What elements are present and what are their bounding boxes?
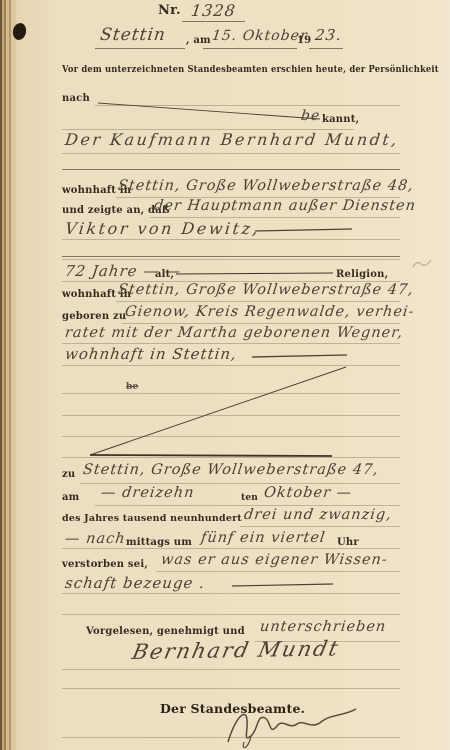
ruled-line bbox=[62, 669, 400, 670]
be-printed-struck: be bbox=[126, 382, 138, 392]
year-prefix-label: 19 bbox=[297, 35, 311, 46]
ruled-line bbox=[62, 169, 400, 170]
ruled-line bbox=[62, 614, 400, 615]
ruled-line bbox=[62, 436, 400, 437]
book-binding-edge bbox=[0, 0, 16, 750]
ruled-line bbox=[80, 483, 400, 484]
standesbeamte-title: Der Standesbeamte. bbox=[160, 701, 305, 716]
death-year-value: drei und zwanzig, bbox=[243, 507, 393, 523]
geboren-label: geboren zu bbox=[62, 311, 126, 322]
death-month-value: Oktober — bbox=[263, 485, 353, 501]
ruled-line bbox=[62, 688, 400, 689]
ruled-line bbox=[62, 343, 400, 344]
zu-label: zu bbox=[62, 469, 75, 480]
ruled-line bbox=[95, 105, 400, 106]
am-label-2: am bbox=[62, 492, 79, 503]
ruled-line bbox=[62, 239, 400, 240]
nach-label: nach bbox=[62, 93, 90, 104]
death-record-page: Nr. 1328 Stettin , am 15. Oktober 19 23.… bbox=[0, 0, 450, 750]
ruled-line bbox=[240, 526, 400, 527]
year-printed-label: des Jahres tausend neunhundert bbox=[62, 513, 242, 524]
religion-label: Religion, bbox=[336, 269, 388, 280]
uhr-label: Uhr bbox=[337, 537, 359, 548]
ruled-line bbox=[150, 217, 400, 218]
ruled-line bbox=[62, 365, 400, 366]
pencil-mark bbox=[413, 260, 431, 267]
record-number-value: 1328 bbox=[190, 1, 237, 20]
cancellation-baseline bbox=[90, 455, 332, 456]
ruled-line bbox=[62, 593, 400, 594]
daytime-value: — nach bbox=[64, 531, 127, 547]
report-value: der Hauptmann außer Diensten bbox=[153, 198, 417, 214]
ruled-line bbox=[62, 737, 400, 738]
ruled-line bbox=[95, 48, 185, 49]
mittags-label: mittags um bbox=[126, 537, 192, 548]
ruled-line bbox=[62, 259, 400, 260]
dash-stroke bbox=[252, 355, 347, 357]
ruled-line bbox=[62, 457, 400, 458]
date-value: 15. Oktober bbox=[211, 28, 309, 44]
knowledge-statement-2: schaft bezeuge . bbox=[64, 574, 206, 592]
time-value: fünf ein viertel bbox=[200, 530, 327, 546]
cancellation-diagonal bbox=[90, 367, 346, 455]
residence-value: wohnhaft in Stettin, bbox=[64, 345, 238, 363]
declarant-signature: Bernhard Mundt bbox=[130, 636, 342, 664]
kannt-label: kannt, bbox=[322, 114, 359, 125]
knowledge-statement: was er aus eigener Wissen- bbox=[160, 552, 389, 568]
place-value: Stettin bbox=[99, 25, 167, 45]
blank-fill-stroke bbox=[176, 273, 333, 274]
deceased-name: Viktor von Dewitz, bbox=[64, 219, 261, 238]
ruled-line bbox=[62, 256, 400, 257]
declarant-name: Der Kaufmann Bernhard Mundt, bbox=[64, 130, 400, 149]
ruled-line bbox=[95, 505, 400, 506]
dash-stroke bbox=[255, 229, 352, 231]
death-day-value: — dreizehn bbox=[100, 485, 195, 501]
ruled-line bbox=[116, 301, 400, 302]
marriage-value: ratet mit der Martha geborenen Wegner, bbox=[64, 325, 404, 341]
ruled-line bbox=[156, 571, 400, 572]
ruled-line bbox=[122, 323, 400, 324]
ruled-line bbox=[182, 21, 245, 22]
year-value: 23. bbox=[314, 26, 343, 44]
declarant-address: Stettin, Große Wollweberstraße 48, bbox=[117, 178, 415, 194]
alt-label: alt, bbox=[155, 269, 174, 280]
record-number-label: Nr. bbox=[158, 3, 181, 18]
ruled-line bbox=[62, 393, 400, 394]
birthplace-value: Gienow, Kreis Regenwalde, verhei- bbox=[124, 304, 415, 320]
be-handwritten: be bbox=[300, 108, 321, 124]
deceased-address: Stettin, Große Wollweberstraße 47, bbox=[117, 282, 415, 298]
dash-stroke bbox=[232, 584, 333, 586]
ten-suffix-label: ten bbox=[241, 493, 258, 503]
verstorben-label: verstorben sei, bbox=[62, 559, 148, 570]
unterschrieben-value: unterschrieben bbox=[259, 619, 387, 635]
ruled-line bbox=[309, 48, 343, 49]
vorgelesen-label: Vorgelesen, genehmigt und bbox=[86, 626, 245, 637]
ruled-line bbox=[62, 415, 400, 416]
intro-line: Vor dem unterzeichneten Standesbeamten e… bbox=[62, 64, 439, 75]
ruled-line bbox=[62, 548, 400, 549]
death-place-value: Stettin, Große Wollweberstraße 47, bbox=[82, 462, 380, 478]
ruled-line bbox=[62, 153, 400, 154]
ruled-line bbox=[203, 48, 297, 49]
am-label: , am bbox=[186, 35, 211, 46]
